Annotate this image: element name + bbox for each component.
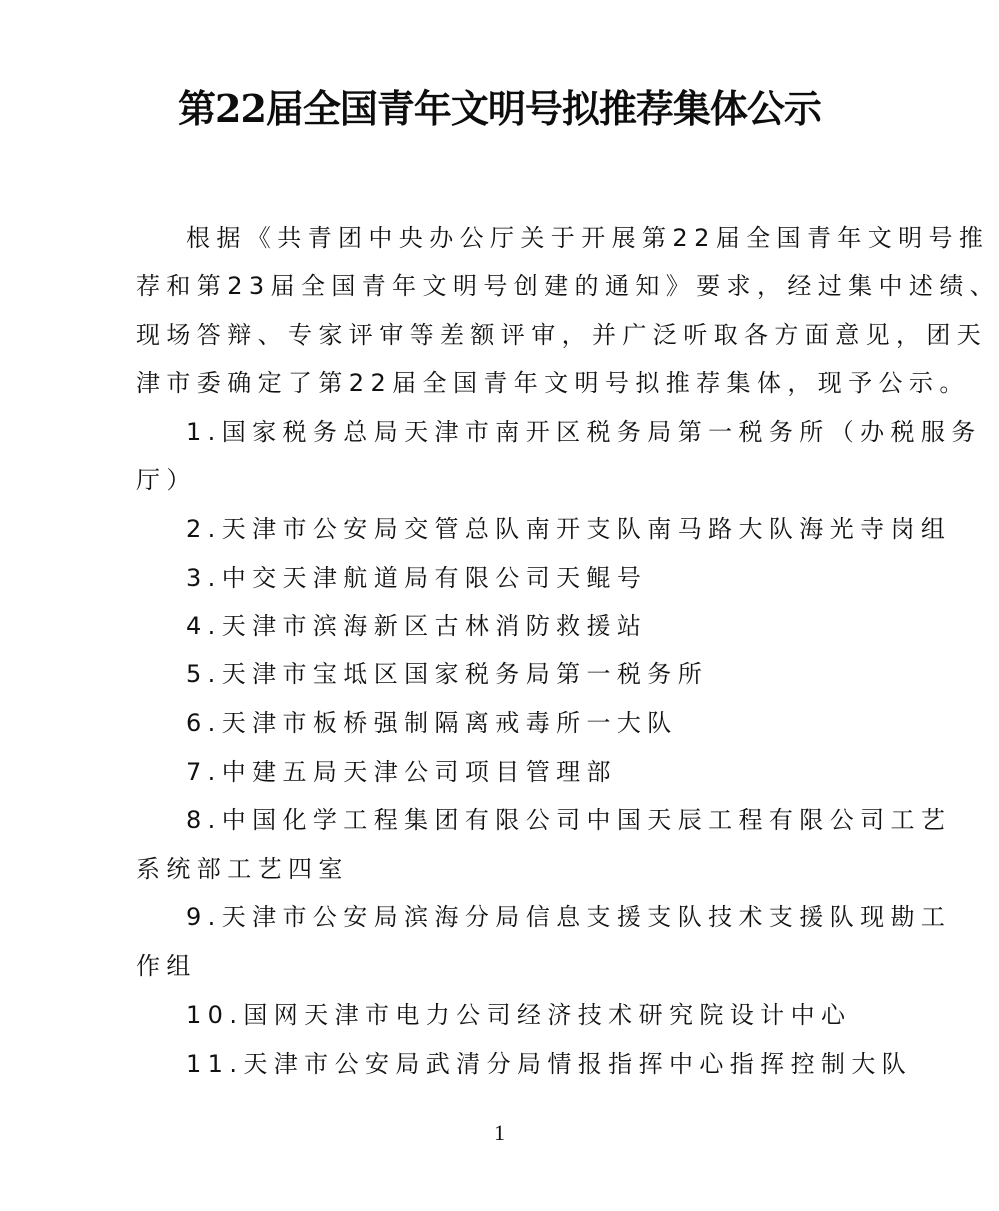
- list-item-line: 10.国网天津市电力公司经济技术研究院设计中心: [186, 1000, 851, 1030]
- list-item-line: 6.天津市板桥强制隔离戒毒所一大队: [186, 708, 678, 738]
- intro-line: 荐和第23届全国青年文明号创建的通知》要求，经过集中述绩、: [136, 271, 999, 301]
- list-item-line: 5.天津市宝坻区国家税务局第一税务所: [186, 659, 708, 689]
- list-item-line: 作组: [136, 951, 197, 981]
- list-item-line: 8.中国化学工程集团有限公司中国天辰工程有限公司工艺: [186, 805, 951, 835]
- list-item-line: 厅）: [136, 465, 197, 495]
- document-title: 第22届全国青年文明号拟推荐集体公示: [0, 84, 999, 134]
- intro-line: 根据《共青团中央办公厅关于开展第22届全国青年文明号推: [186, 223, 989, 253]
- list-item-line: 系统部工艺四室: [136, 854, 349, 884]
- list-item-line: 2.天津市公安局交管总队南开支队南马路大队海光寺岗组: [186, 514, 951, 544]
- list-item-line: 7.中建五局天津公司项目管理部: [186, 757, 617, 787]
- intro-line: 现场答辩、专家评审等差额评审，并广泛听取各方面意见，团天: [136, 320, 987, 350]
- list-item-line: 4.天津市滨海新区古林消防救援站: [186, 611, 647, 641]
- document-page: 第22届全国青年文明号拟推荐集体公示 根据《共青团中央办公厅关于开展第22届全国…: [0, 0, 999, 1211]
- page-number: 1: [0, 1120, 999, 1146]
- list-item-line: 11.天津市公安局武清分局情报指挥中心指挥控制大队: [186, 1049, 912, 1079]
- list-item-line: 3.中交天津航道局有限公司天鲲号: [186, 563, 647, 593]
- list-item-line: 9.天津市公安局滨海分局信息支援支队技术支援队现勘工: [186, 902, 951, 932]
- list-item-line: 1.国家税务总局天津市南开区税务局第一税务所（办税服务: [186, 417, 982, 447]
- intro-line: 津市委确定了第22届全国青年文明号拟推荐集体，现予公示。: [136, 368, 970, 398]
